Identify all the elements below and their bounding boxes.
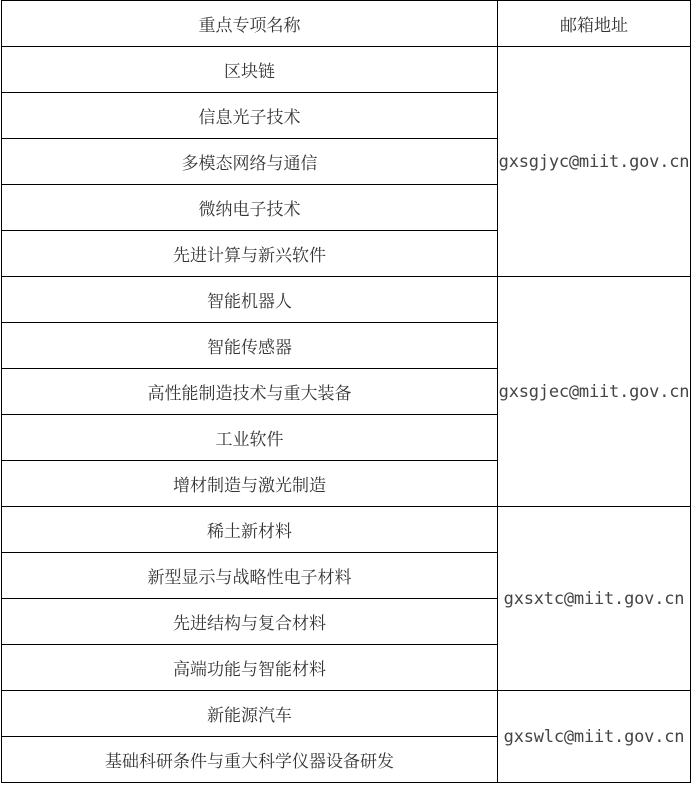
email-cell: gxsgjyc@miit.gov.cn: [498, 47, 691, 277]
project-name-cell: 多模态网络与通信: [2, 139, 498, 185]
project-name-cell: 微纳电子技术: [2, 185, 498, 231]
project-name-cell: 区块链: [2, 47, 498, 93]
project-name-cell: 智能传感器: [2, 323, 498, 369]
project-name-cell: 基础科研条件与重大科学仪器设备研发: [2, 737, 498, 783]
project-name-cell: 高端功能与智能材料: [2, 645, 498, 691]
table-row: 智能机器人 gxsgjec@miit.gov.cn: [2, 277, 691, 323]
project-name-cell: 高性能制造技术与重大装备: [2, 369, 498, 415]
email-cell: gxswlc@miit.gov.cn: [498, 691, 691, 783]
header-row: 重点专项名称 邮箱地址: [2, 1, 691, 47]
project-name-cell: 新型显示与战略性电子材料: [2, 553, 498, 599]
table-row: 稀土新材料 gxsxtc@miit.gov.cn: [2, 507, 691, 553]
project-name-cell: 稀土新材料: [2, 507, 498, 553]
table-row: 新能源汽车 gxswlc@miit.gov.cn: [2, 691, 691, 737]
project-name-cell: 先进计算与新兴软件: [2, 231, 498, 277]
project-email-table: 重点专项名称 邮箱地址 区块链 gxsgjyc@miit.gov.cn 信息光子…: [1, 0, 691, 783]
project-name-cell: 先进结构与复合材料: [2, 599, 498, 645]
project-name-cell: 信息光子技术: [2, 93, 498, 139]
header-email: 邮箱地址: [498, 1, 691, 47]
project-name-cell: 工业软件: [2, 415, 498, 461]
project-name-cell: 增材制造与激光制造: [2, 461, 498, 507]
email-cell: gxsxtc@miit.gov.cn: [498, 507, 691, 691]
project-name-cell: 新能源汽车: [2, 691, 498, 737]
header-project-name: 重点专项名称: [2, 1, 498, 47]
project-name-cell: 智能机器人: [2, 277, 498, 323]
table-row: 区块链 gxsgjyc@miit.gov.cn: [2, 47, 691, 93]
email-cell: gxsgjec@miit.gov.cn: [498, 277, 691, 507]
